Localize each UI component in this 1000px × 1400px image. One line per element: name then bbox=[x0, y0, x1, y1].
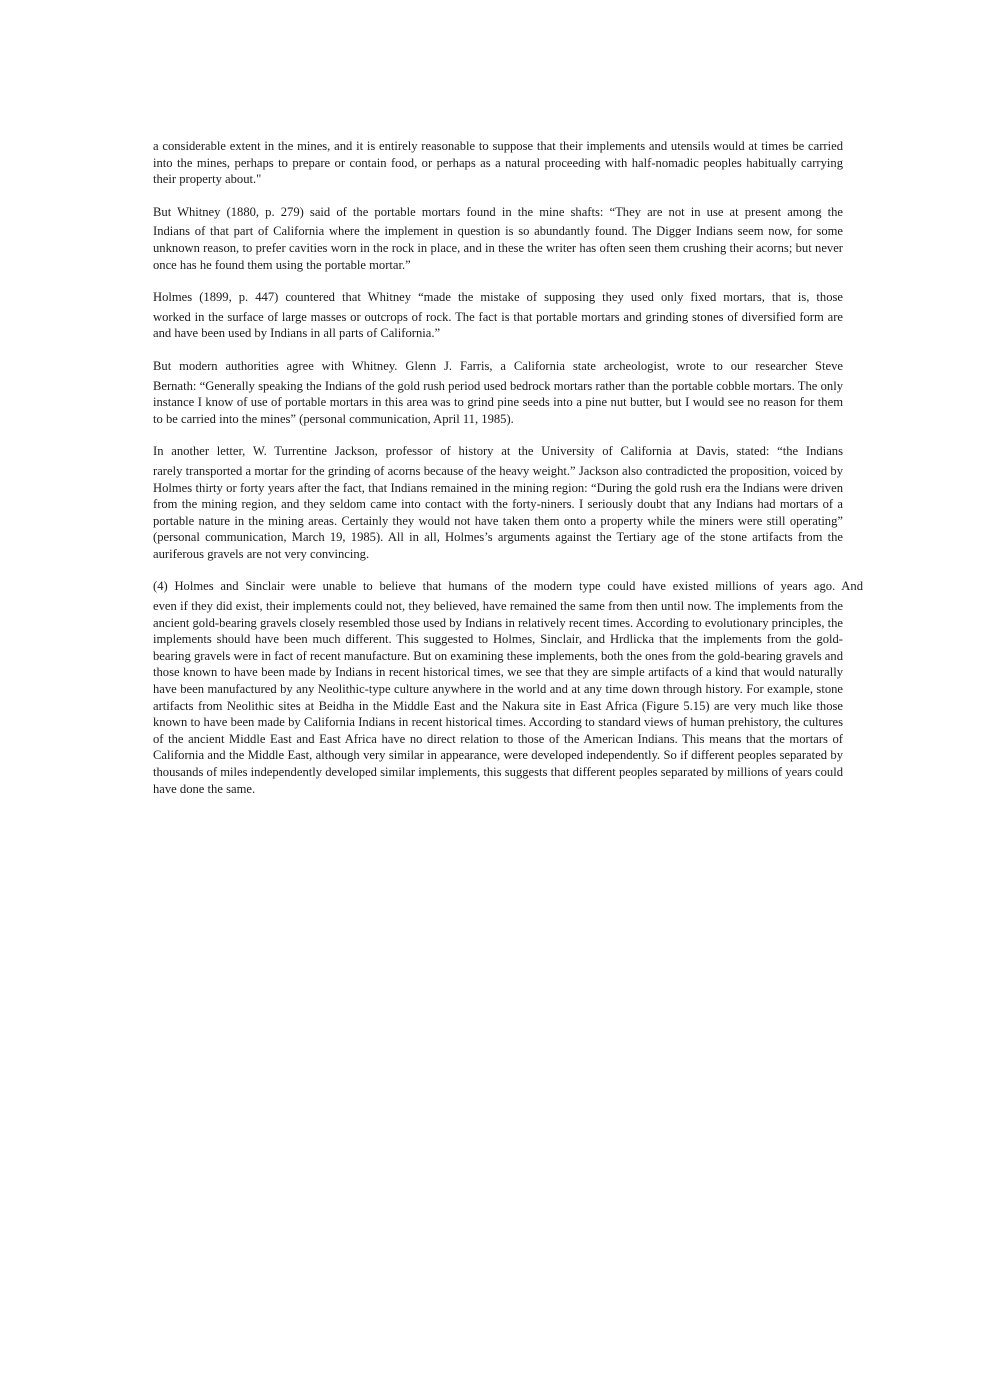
paragraph-jackson-letter: In another letter, W. Turrentine Jackson… bbox=[153, 443, 843, 562]
paragraph-text: Indians of that part of California where… bbox=[153, 223, 843, 273]
paragraph-text: a considerable extent in the mines, and … bbox=[153, 138, 843, 188]
paragraph-first-line: Holmes (1899, p. 447) countered that Whi… bbox=[153, 289, 843, 306]
paragraph-first-line: But modern authorities agree with Whitne… bbox=[153, 358, 843, 375]
paragraph-first-line: But Whitney (1880, p. 279) said of the p… bbox=[153, 204, 843, 221]
document-page: a considerable extent in the mines, and … bbox=[153, 138, 843, 813]
paragraph-first-line: In another letter, W. Turrentine Jackson… bbox=[153, 443, 843, 460]
paragraph-text: rarely transported a mortar for the grin… bbox=[153, 463, 843, 563]
paragraph-whitney-quote: But Whitney (1880, p. 279) said of the p… bbox=[153, 204, 843, 273]
paragraph-continuation: a considerable extent in the mines, and … bbox=[153, 138, 843, 188]
paragraph-text: worked in the surface of large masses or… bbox=[153, 309, 843, 342]
paragraph-text: even if they did exist, their implements… bbox=[153, 598, 843, 797]
paragraph-holmes-counter: Holmes (1899, p. 447) countered that Whi… bbox=[153, 289, 843, 342]
paragraph-point-four: (4) Holmes and Sinclair were unable to b… bbox=[153, 578, 843, 797]
paragraph-text: Bernath: “Generally speaking the Indians… bbox=[153, 378, 843, 428]
paragraph-farris-letter: But modern authorities agree with Whitne… bbox=[153, 358, 843, 427]
paragraph-first-line: (4) Holmes and Sinclair were unable to b… bbox=[153, 578, 863, 595]
